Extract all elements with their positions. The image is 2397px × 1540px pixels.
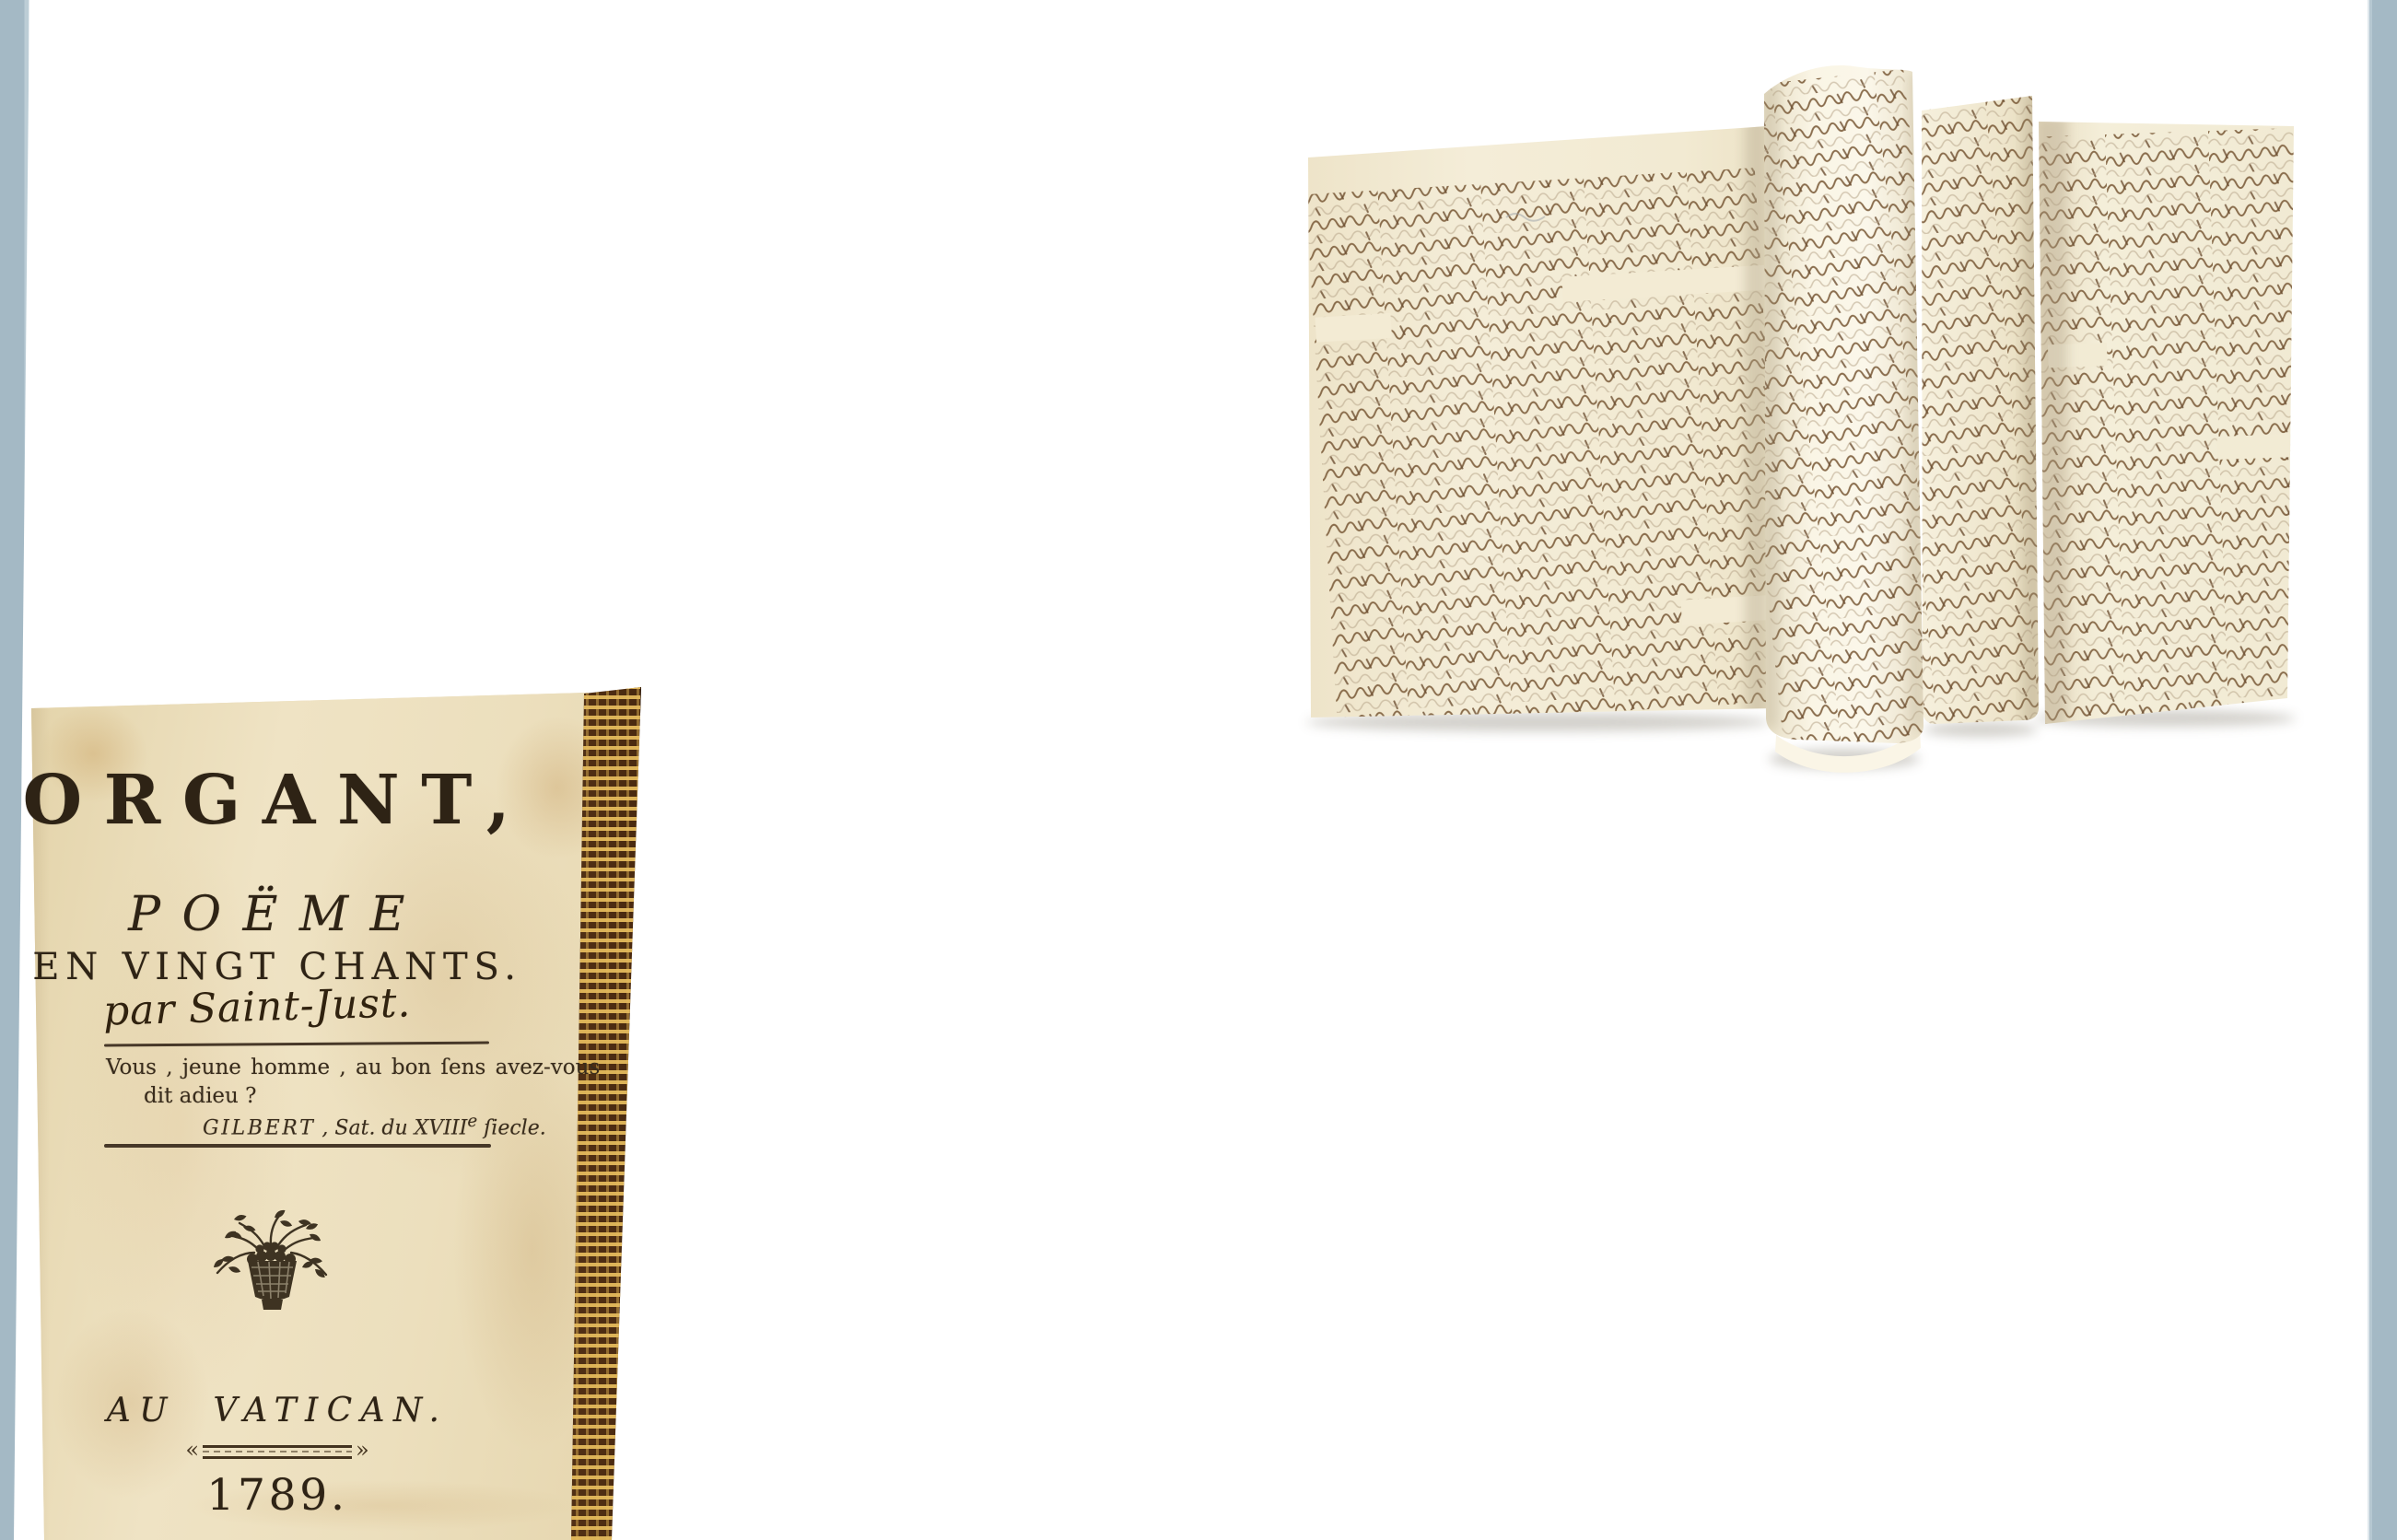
book-title-page: ORGANT, POËME EN VINGT CHANTS. par Saint… bbox=[18, 685, 645, 1540]
epigraph-source-superscript: e bbox=[467, 1112, 477, 1131]
ornament-left-tip: « bbox=[185, 1439, 199, 1461]
manuscript-letter bbox=[1290, 37, 2321, 792]
auction-lot-photo: ORGANT, POËME EN VINGT CHANTS. par Saint… bbox=[0, 0, 2397, 1540]
epigraph-source-name: Gilbert bbox=[203, 1116, 315, 1139]
epigraph-line-2: dit adieu ? bbox=[144, 1086, 257, 1107]
book-title: ORGANT, bbox=[18, 766, 536, 834]
epigraph-attribution: Gilbert , Sat. du XVIIIe ſiecle. bbox=[203, 1114, 546, 1138]
book-genre: POËME bbox=[18, 891, 536, 939]
ornament-bar bbox=[203, 1445, 352, 1459]
manuscript-right-page bbox=[2022, 116, 2313, 729]
backdrop-strip-right bbox=[2368, 0, 2397, 1540]
flower-basket-ornament-icon bbox=[206, 1207, 335, 1319]
imprint-year: 1789. bbox=[18, 1474, 536, 1517]
book-subtitle: EN VINGT CHANTS. bbox=[18, 949, 536, 986]
divider-rule-bottom bbox=[104, 1144, 491, 1148]
epigraph-line-1: Vous , jeune homme , au bon ſens avez-vo… bbox=[106, 1057, 600, 1079]
epigraph-source-end: ſiecle. bbox=[477, 1116, 546, 1139]
imprint-ornament-rule: « » bbox=[18, 1441, 536, 1463]
handwritten-author-inscription: par Saint-Just. bbox=[102, 983, 411, 1032]
ornament-right-tip: » bbox=[356, 1439, 369, 1461]
epigraph-source-mid: , Sat. du XVIII bbox=[315, 1116, 467, 1139]
manuscript-left-page bbox=[1306, 116, 1791, 728]
imprint-place: AU VATICAN. bbox=[18, 1394, 536, 1428]
